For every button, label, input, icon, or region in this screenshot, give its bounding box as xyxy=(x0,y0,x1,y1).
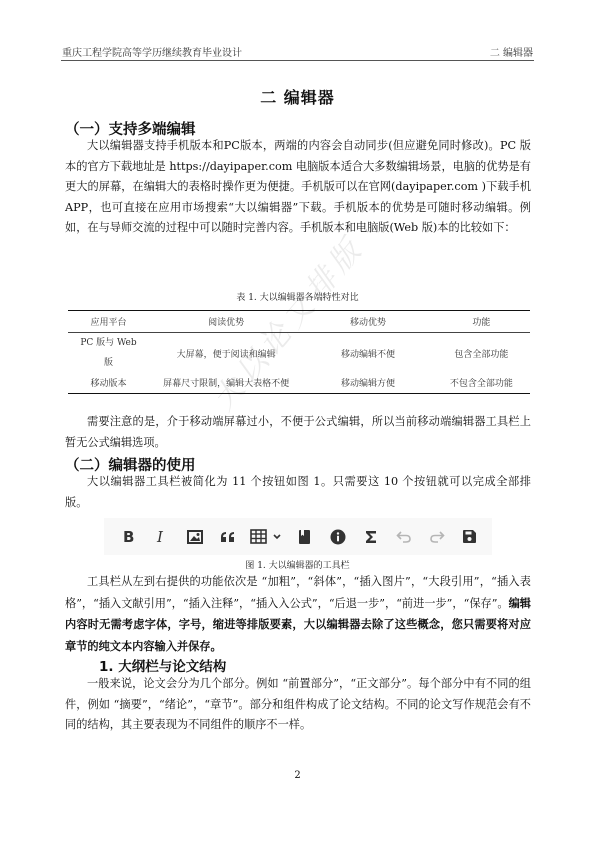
image-icon xyxy=(187,530,203,544)
chevron-down-icon xyxy=(272,533,282,541)
page-number: 2 xyxy=(0,770,595,781)
bold-button[interactable]: B xyxy=(112,525,145,549)
paragraph-toolbar-intro: 大以编辑器工具栏被简化为 11 个按钮如图 1。只需要这 10 个按钮就可以完成… xyxy=(65,472,531,513)
header-school: 重庆工程学院高等学历继续教育毕业设计 xyxy=(62,44,242,59)
sigma-icon xyxy=(365,530,377,544)
table-cell: PC 版与 Web 版 xyxy=(68,333,149,374)
paragraph-mobile-note: 需要注意的是，介于移动端屏幕过小，不便于公式编辑，所以当前移动端编辑器工具栏上暂… xyxy=(65,412,531,453)
table-header-row: 应用平台 阅读优势 移动优势 功能 xyxy=(68,311,530,333)
paragraph-toolbar-functions: 工具栏从左到右提供的功能依次是 “加粗”，“斜体”，“插入图片”，“大段引用”，… xyxy=(65,572,531,657)
table-header-cell: 移动优势 xyxy=(303,311,433,333)
table-cell: 移动版本 xyxy=(68,373,149,393)
table-header-cell: 功能 xyxy=(433,311,530,333)
svg-text:B: B xyxy=(123,529,134,544)
bold-icon: B xyxy=(122,529,136,544)
bookmark-icon xyxy=(298,529,311,545)
comparison-table: 应用平台 阅读优势 移动优势 功能 PC 版与 Web 版 大屏幕，便于阅读和编… xyxy=(68,310,530,394)
italic-icon: I xyxy=(155,529,169,544)
svg-text:I: I xyxy=(156,529,164,544)
chapter-title: 二 编辑器 xyxy=(0,85,595,108)
save-icon xyxy=(462,529,477,544)
blockquote-button[interactable] xyxy=(211,525,244,549)
table-cell: 大屏幕，便于阅读和编辑 xyxy=(149,333,303,374)
insert-table-button[interactable] xyxy=(244,525,288,549)
insert-citation-button[interactable] xyxy=(288,525,321,549)
table-row: 移动版本 屏幕尺寸限制，编辑大表格不便 移动编辑方便 不包含全部功能 xyxy=(68,373,530,393)
paragraph-paper-structure: 一般来说，论文会分为几个部分。例如 “前置部分”，“正文部分”。每个部分中有不同… xyxy=(65,674,531,736)
quote-icon xyxy=(220,531,236,543)
header-chapter: 二 编辑器 xyxy=(490,44,533,59)
table-caption: 表 1. 大以编辑器各端特性对比 xyxy=(0,290,595,303)
table-row: PC 版与 Web 版 大屏幕，便于阅读和编辑 移动编辑不便 包含全部功能 xyxy=(68,333,530,374)
editor-toolbar: B I xyxy=(104,518,492,555)
table-header-cell: 应用平台 xyxy=(68,311,149,333)
italic-button[interactable]: I xyxy=(145,525,178,549)
undo-icon xyxy=(396,531,412,543)
save-button[interactable] xyxy=(453,525,486,549)
table-icon xyxy=(250,529,267,544)
insert-formula-button[interactable] xyxy=(354,525,387,549)
figure-caption: 图 1. 大以编辑器的工具栏 xyxy=(0,558,595,571)
paragraph-multi-device: 大以编辑器支持手机版本和PC版本，两端的内容会自动同步(但应避免同时修改)。PC… xyxy=(65,136,531,239)
info-icon xyxy=(330,529,346,545)
table-cell: 包含全部功能 xyxy=(433,333,530,374)
table-cell: 移动编辑不便 xyxy=(303,333,433,374)
redo-icon xyxy=(429,531,445,543)
insert-annotation-button[interactable] xyxy=(321,525,354,549)
redo-button[interactable] xyxy=(420,525,453,549)
insert-image-button[interactable] xyxy=(178,525,211,549)
undo-button[interactable] xyxy=(387,525,420,549)
toolbar-functions-text: 工具栏从左到右提供的功能依次是 “加粗”，“斜体”，“插入图片”，“大段引用”，… xyxy=(65,575,531,610)
table-cell: 不包含全部功能 xyxy=(433,373,530,393)
table-header-cell: 阅读优势 xyxy=(149,311,303,333)
page-header: 重庆工程学院高等学历继续教育毕业设计 二 编辑器 xyxy=(61,40,534,61)
table-cell: 屏幕尺寸限制，编辑大表格不便 xyxy=(149,373,303,393)
table-cell: 移动编辑方便 xyxy=(303,373,433,393)
subsection-title-outline: 1. 大纲栏与论文结构 xyxy=(99,655,226,675)
